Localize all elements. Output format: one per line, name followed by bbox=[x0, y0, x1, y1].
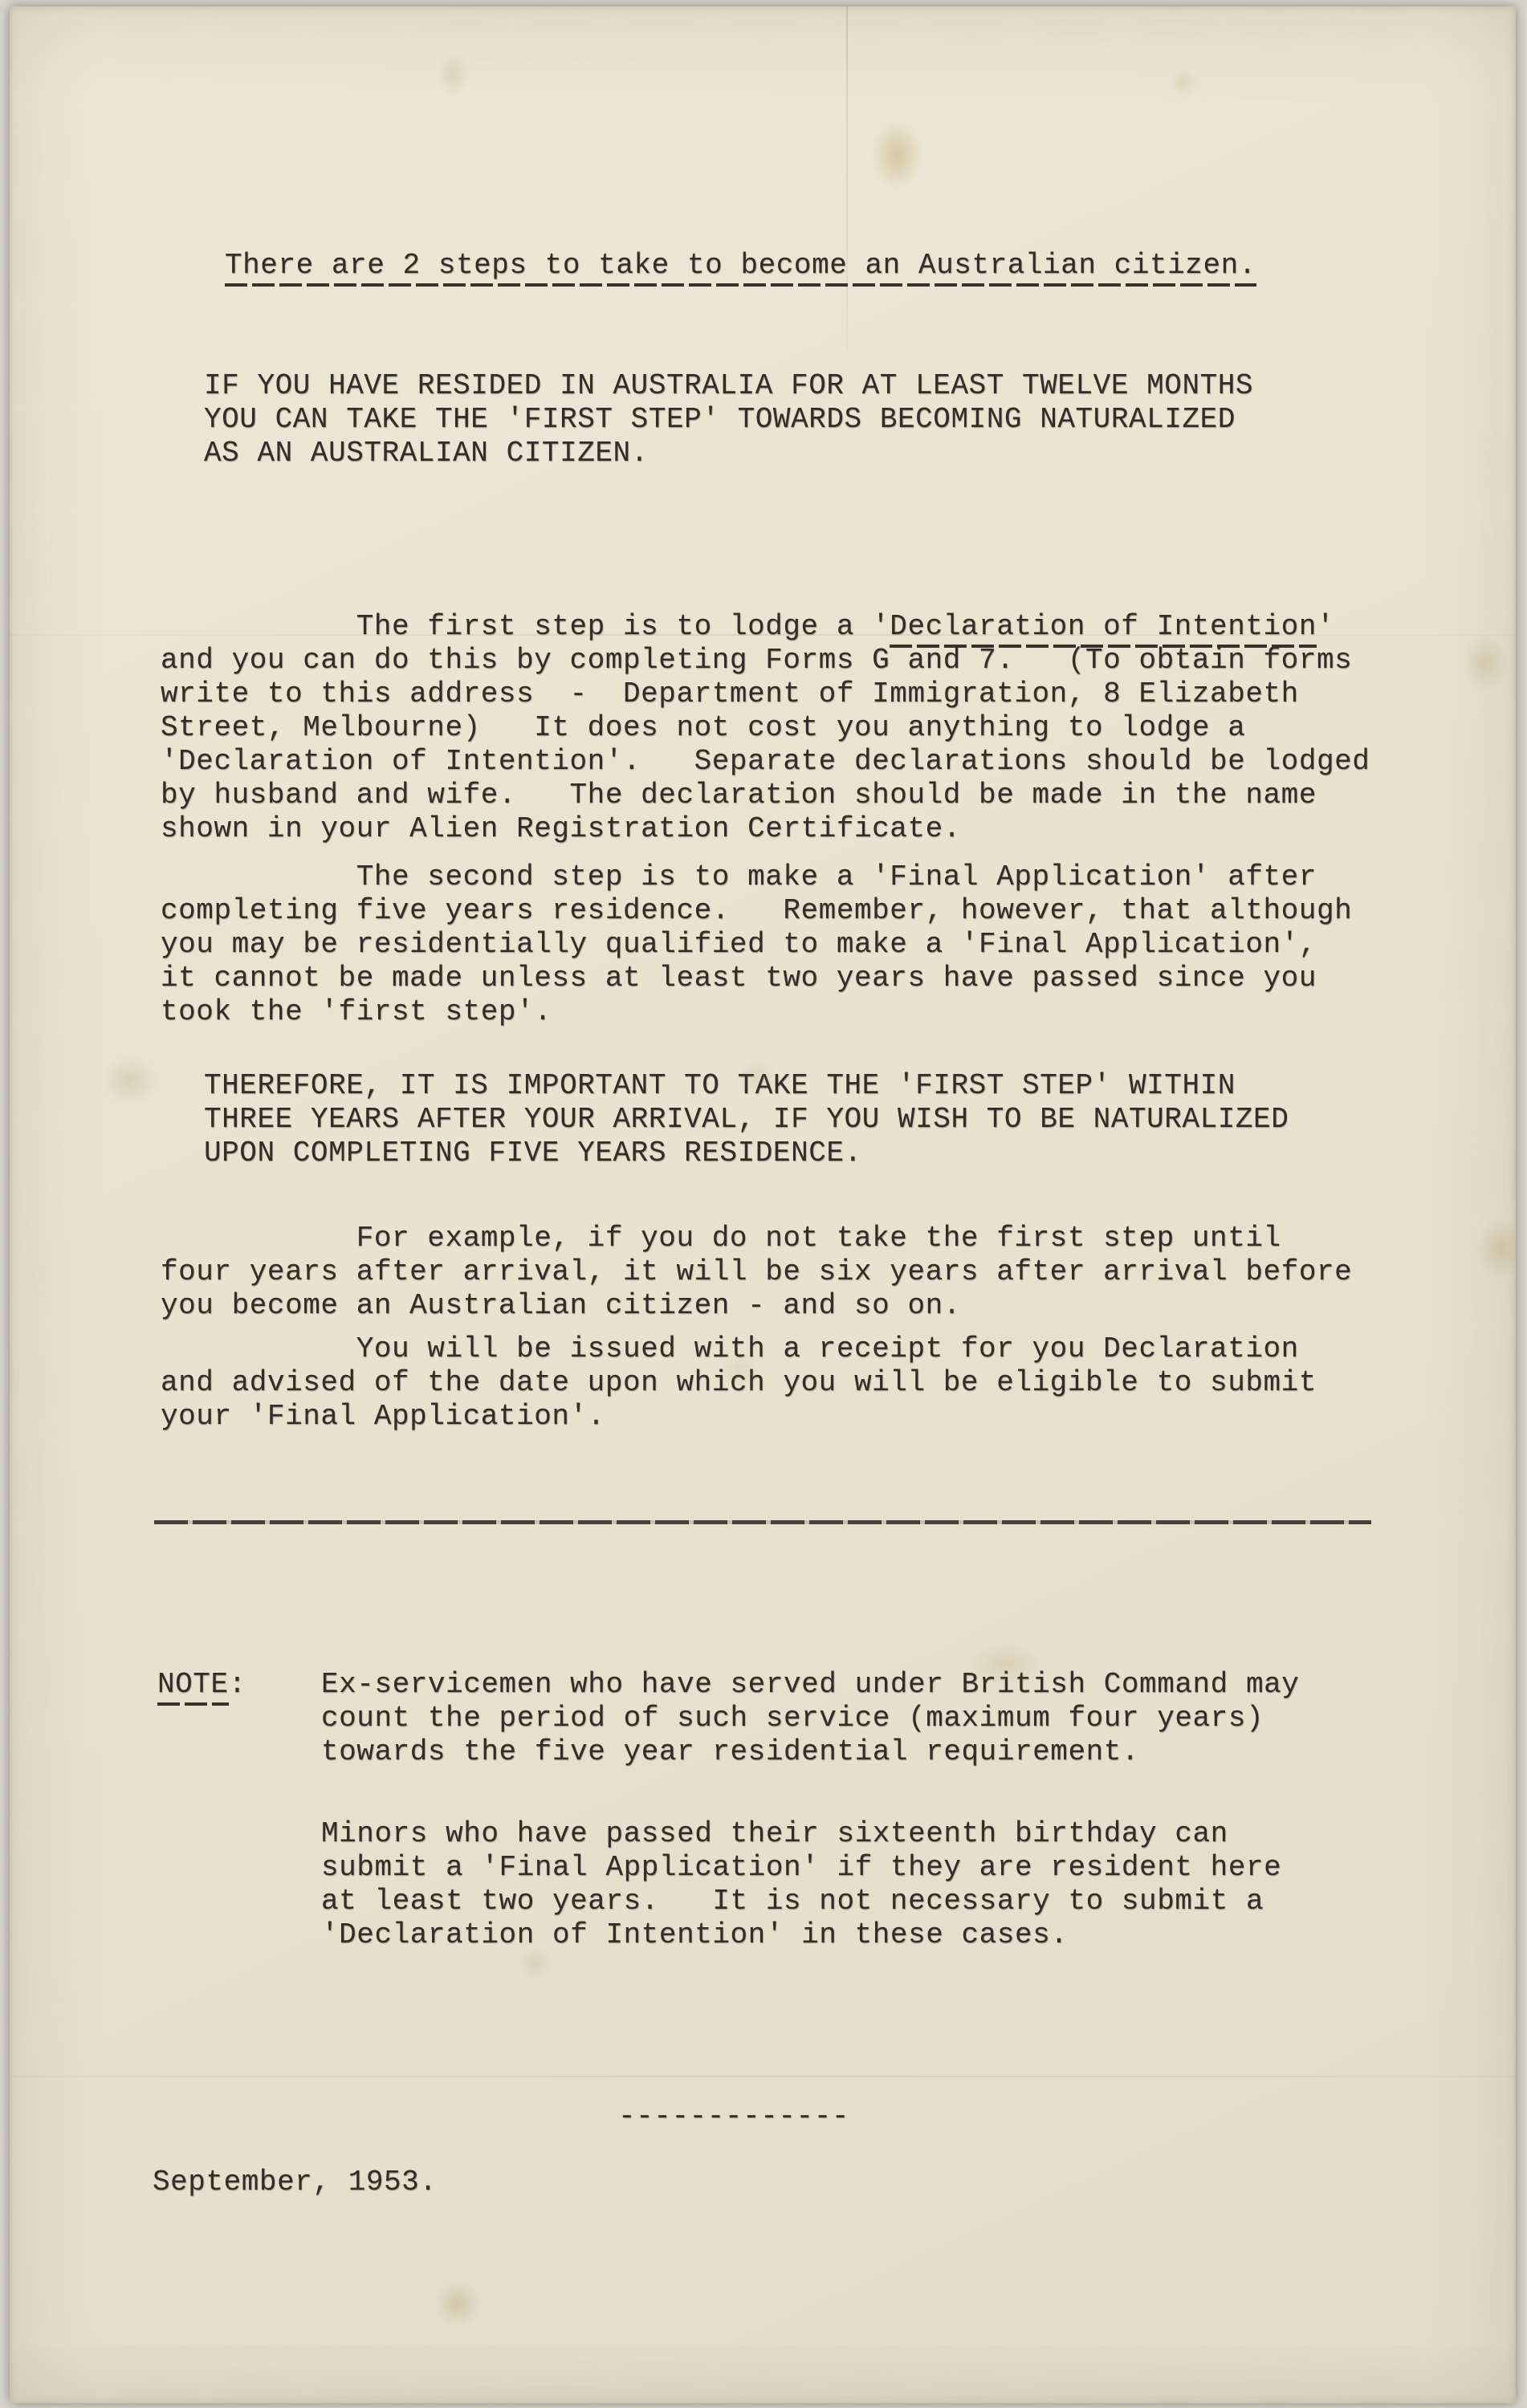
text-line: you become an Australian citizen - and s… bbox=[161, 1289, 1352, 1323]
paragraph-minors: Minors who have passed their sixteenth b… bbox=[321, 1817, 1281, 1952]
document-title-text: There are 2 steps to take to become an A… bbox=[225, 249, 1256, 287]
typed-dashes-divider: ------------- bbox=[618, 2100, 849, 2133]
scanned-document-page: { "colors": { "paper": "#e8e3d1", "ink":… bbox=[0, 0, 1527, 2408]
text-line: 'Declaration of Intention'. Separate dec… bbox=[161, 745, 1370, 779]
note-label-text: NOTE bbox=[157, 1668, 229, 1706]
document-title: There are 2 steps to take to become an A… bbox=[225, 249, 1256, 283]
text-line: Ex-servicemen who have served under Brit… bbox=[321, 1668, 1299, 1702]
text-line: count the period of such service (maximu… bbox=[321, 1702, 1299, 1735]
text-line: write to this address - Department of Im… bbox=[161, 677, 1370, 711]
horizontal-fold-crease-lower bbox=[10, 2076, 1516, 2077]
paragraph-note: Ex-servicemen who have served under Brit… bbox=[321, 1668, 1299, 1769]
text-line: four years after arrival, it will be six… bbox=[161, 1255, 1352, 1289]
paragraph-example: For example, if you do not take the firs… bbox=[161, 1222, 1352, 1323]
text-line: took the 'first step'. bbox=[161, 995, 1352, 1029]
paragraph-intro-caps: IF YOU HAVE RESIDED IN AUSTRALIA FOR AT … bbox=[204, 369, 1253, 470]
text-line: submit a 'Final Application' if they are… bbox=[321, 1851, 1281, 1885]
date-line: September, 1953. bbox=[153, 2166, 437, 2199]
text-line: The second step is to make a 'Final Appl… bbox=[161, 860, 1352, 894]
text-line: You will be issued with a receipt for yo… bbox=[161, 1332, 1317, 1366]
text-line: towards the five year residential requir… bbox=[321, 1735, 1299, 1769]
text-line: you may be residentially qualified to ma… bbox=[161, 928, 1352, 962]
text-line: and advised of the date upon which you w… bbox=[161, 1366, 1317, 1400]
text-line: AS AN AUSTRALIAN CITIZEN. bbox=[204, 437, 1253, 470]
text-line: by husband and wife. The declaration sho… bbox=[161, 779, 1370, 812]
date-block: September, 1953. bbox=[153, 2166, 437, 2199]
note-colon: : bbox=[229, 1668, 246, 1701]
paragraph-second-step: The second step is to make a 'Final Appl… bbox=[161, 860, 1352, 1029]
note-label: NOTE: bbox=[157, 1668, 246, 1702]
paragraph-receipt: You will be issued with a receipt for yo… bbox=[161, 1332, 1317, 1434]
note-label-block: NOTE: bbox=[157, 1668, 246, 1702]
text-line: completing five years residence. Remembe… bbox=[161, 894, 1352, 928]
paragraph-therefore-caps: THEREFORE, IT IS IMPORTANT TO TAKE THE '… bbox=[204, 1069, 1289, 1170]
text-line: IF YOU HAVE RESIDED IN AUSTRALIA FOR AT … bbox=[204, 369, 1253, 403]
text-line: Street, Melbourne) It does not cost you … bbox=[161, 711, 1370, 745]
text-line: THEREFORE, IT IS IMPORTANT TO TAKE THE '… bbox=[204, 1069, 1289, 1103]
paragraph-first-step: The first step is to lodge a 'Declaratio… bbox=[161, 610, 1370, 846]
text-line: For example, if you do not take the firs… bbox=[161, 1222, 1352, 1255]
text-line: at least two years. It is not necessary … bbox=[321, 1885, 1281, 1918]
text-line: shown in your Alien Registration Certifi… bbox=[161, 812, 1370, 846]
text-line: your 'Final Application'. bbox=[161, 1400, 1317, 1434]
text-line: UPON COMPLETING FIVE YEARS RESIDENCE. bbox=[204, 1137, 1289, 1170]
declaration-of-intention-underlined: Declaration of Intention bbox=[890, 610, 1317, 648]
text-line: THREE YEARS AFTER YOUR ARRIVAL, IF YOU W… bbox=[204, 1103, 1289, 1137]
text-line: Minors who have passed their sixteenth b… bbox=[321, 1817, 1281, 1851]
text-line: The first step is to lodge a 'Declaratio… bbox=[161, 610, 1370, 644]
text-line: it cannot be made unless at least two ye… bbox=[161, 962, 1352, 995]
first-step-tail: ' bbox=[1317, 610, 1334, 643]
text-line: YOU CAN TAKE THE 'FIRST STEP' TOWARDS BE… bbox=[204, 403, 1253, 437]
text-line: and you can do this by completing Forms … bbox=[161, 644, 1370, 677]
paper-stains bbox=[10, 6, 1516, 2403]
text-line: 'Declaration of Intention' in these case… bbox=[321, 1918, 1281, 1952]
text-line: ------------- bbox=[618, 2100, 849, 2133]
first-step-lead: The first step is to lodge a ' bbox=[161, 610, 890, 643]
document-title-block: There are 2 steps to take to become an A… bbox=[225, 249, 1256, 283]
horizontal-rule bbox=[154, 1520, 1371, 1524]
paper-sheet: There are 2 steps to take to become an A… bbox=[10, 6, 1516, 2403]
vertical-fold-crease bbox=[846, 6, 848, 352]
